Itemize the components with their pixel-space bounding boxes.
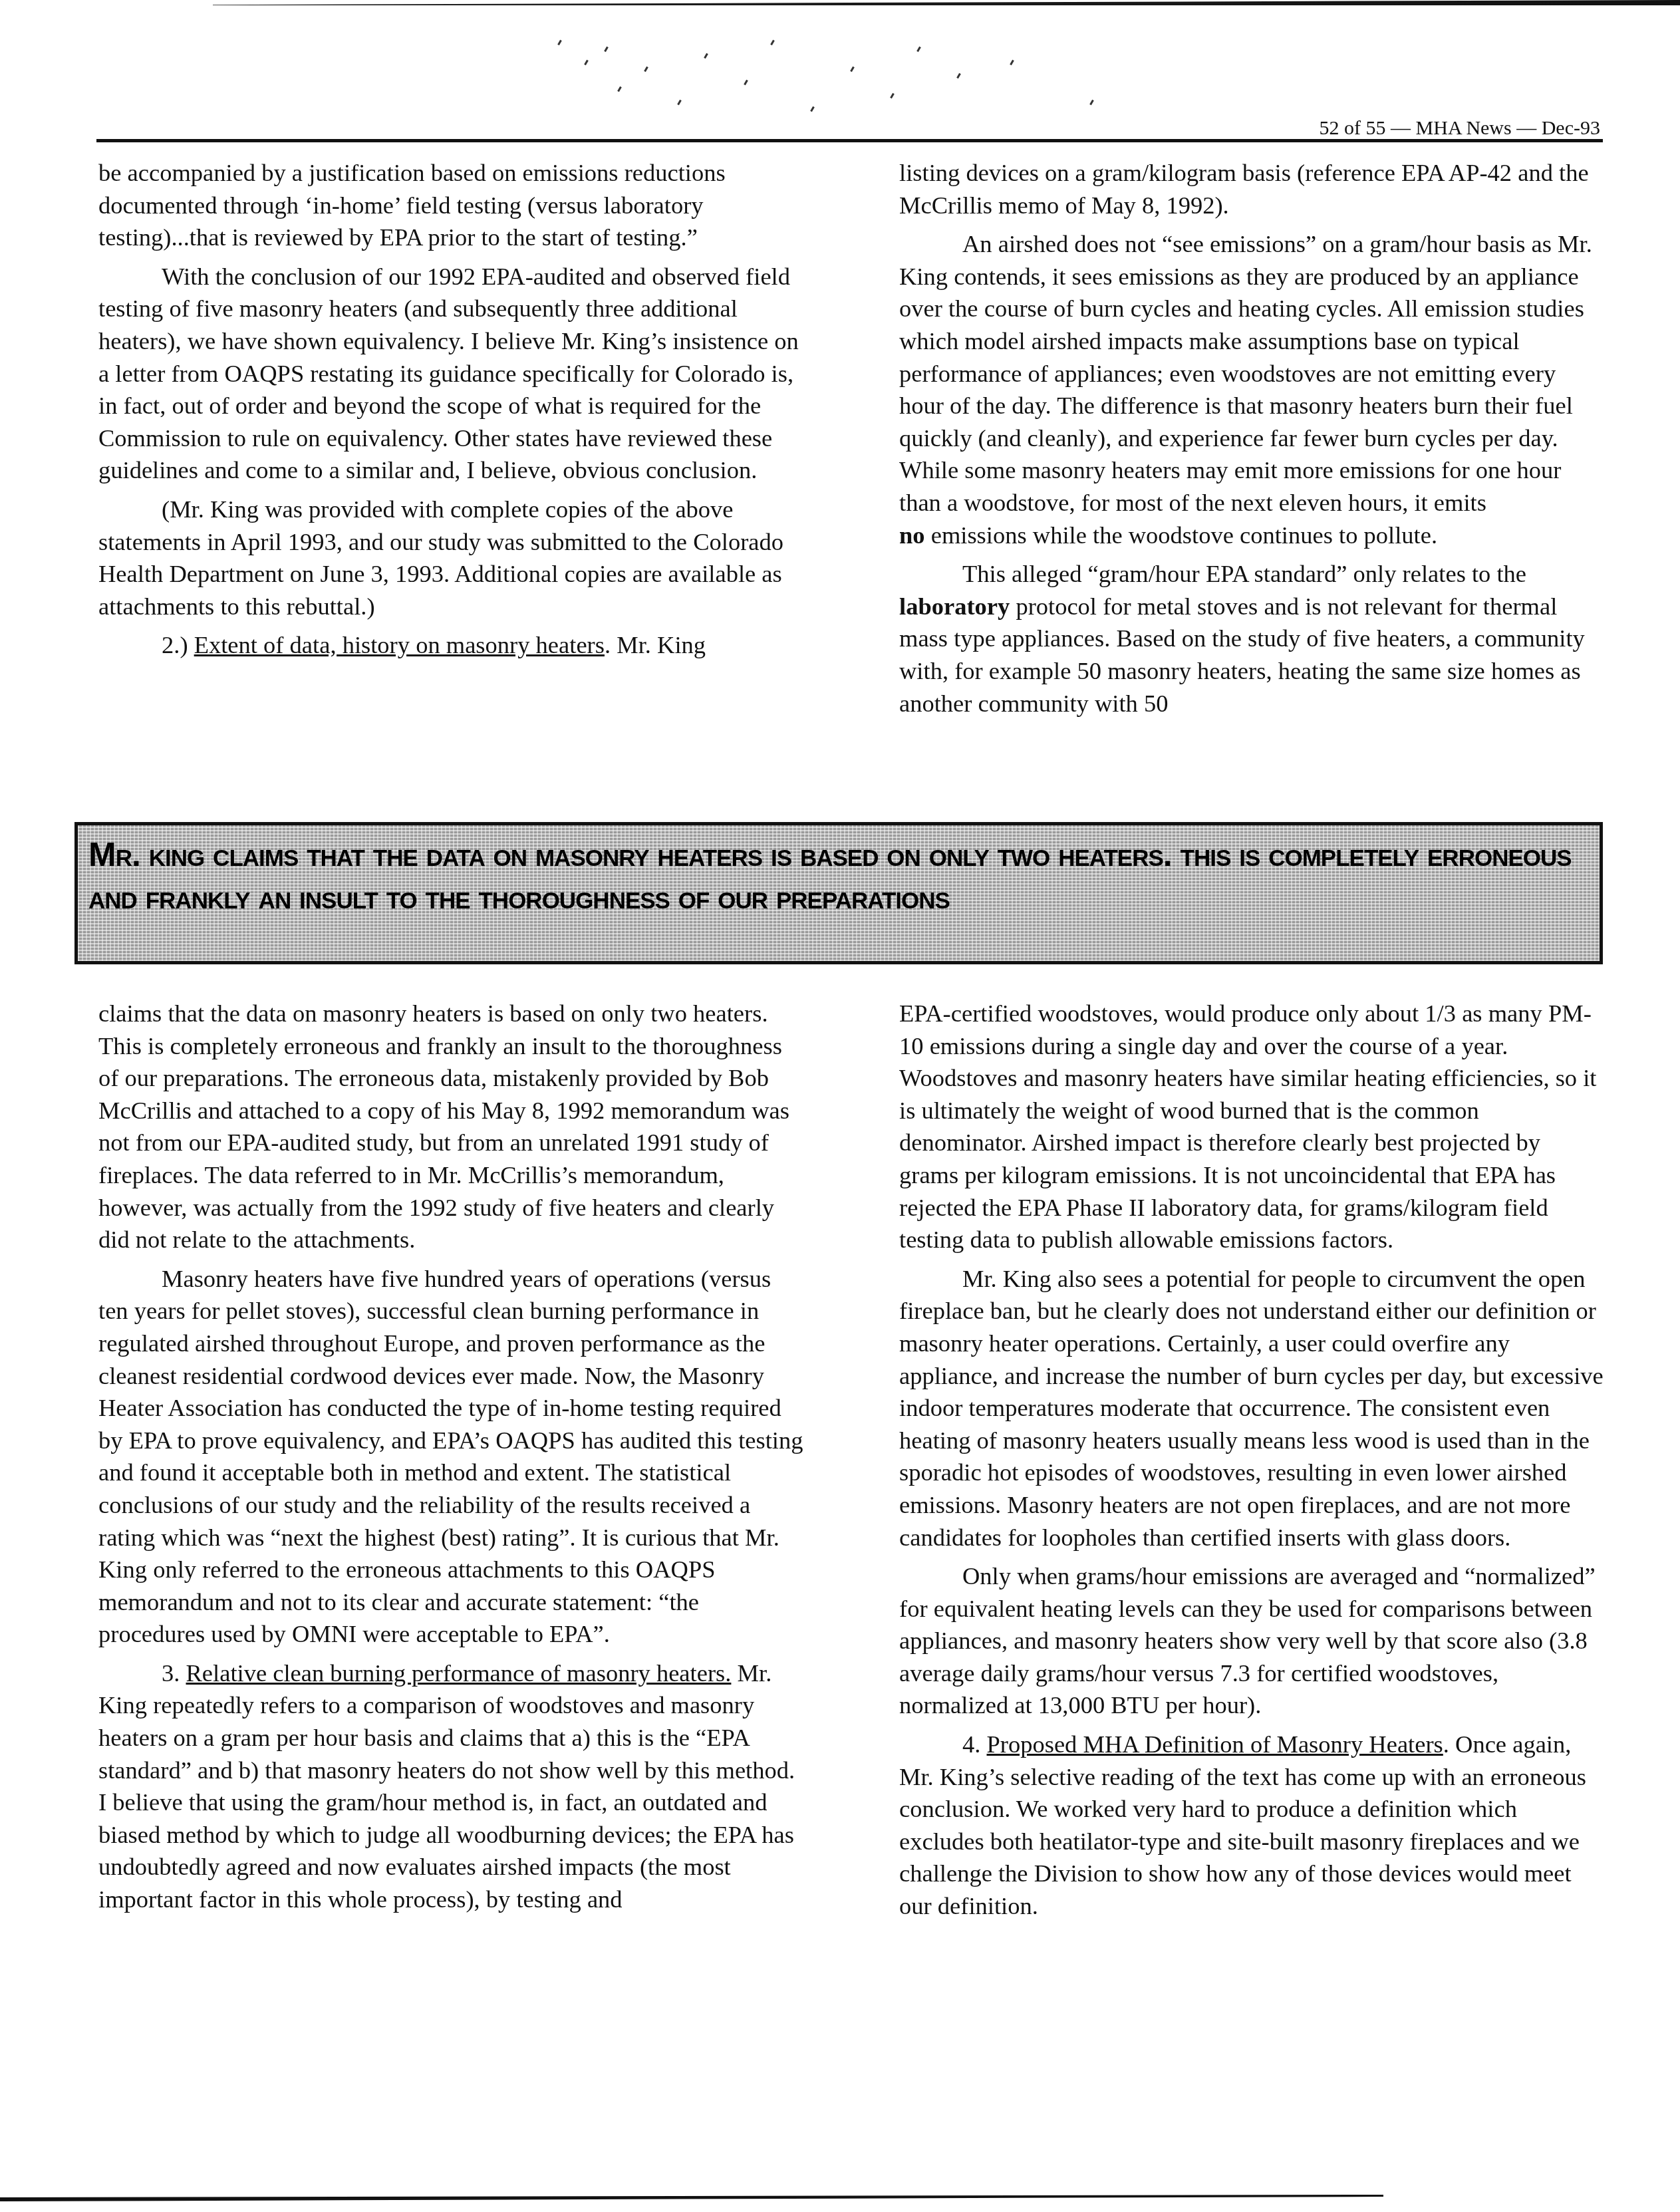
paragraph: Masonry heaters have five hundred years … [98, 1263, 803, 1651]
section-4-paragraph: 4. Proposed MHA Definition of Masonry He… [899, 1728, 1604, 1923]
paragraph: (Mr. King was provided with complete cop… [98, 493, 803, 622]
paragraph: claims that the data on masonry heaters … [98, 998, 803, 1256]
scan-edge-top [213, 0, 1680, 5]
text: emissions while the woodstove continues … [925, 521, 1437, 549]
column-top-right: listing devices on a gram/kilogram basis… [899, 157, 1604, 726]
section-body: Mr. King repeatedly refers to a comparis… [98, 1659, 795, 1913]
paragraph: listing devices on a gram/kilogram basis… [899, 157, 1604, 221]
paragraph: EPA-certified woodstoves, would produce … [899, 998, 1604, 1256]
emphasis: no [899, 521, 925, 549]
section-body: . Once again, Mr. King’s selective readi… [899, 1730, 1586, 1919]
section-number: 3. [162, 1659, 186, 1687]
header-rule [96, 139, 1603, 142]
paragraph: Only when grams/hour emissions are avera… [899, 1560, 1604, 1722]
column-top-left: be accompanied by a justification based … [98, 157, 803, 668]
section-lead: . Mr. King [605, 631, 706, 658]
column-bottom-left: claims that the data on masonry heaters … [98, 998, 803, 1923]
paragraph: This alleged “gram/hour EPA standard” on… [899, 558, 1604, 720]
paragraph: An airshed does not “see emissions” on a… [899, 228, 1604, 519]
section-number: 2.) [162, 631, 188, 658]
section-3-paragraph: 3. Relative clean burning performance of… [98, 1657, 803, 1916]
paragraph: be accompanied by a justification based … [98, 157, 803, 254]
text: This alleged “gram/hour EPA standard” on… [962, 560, 1526, 587]
paragraph: Mr. King also sees a potential for peopl… [899, 1263, 1604, 1554]
section-heading: Extent of data, history on masonry heate… [194, 631, 605, 658]
scan-edge-bottom [0, 2195, 1383, 2201]
pull-quote-text: Mr. King claims that the data on masonry… [88, 833, 1589, 918]
section-2-paragraph: 2.) Extent of data, history on masonry h… [98, 629, 803, 662]
section-heading: Proposed MHA Definition of Masonry Heate… [987, 1730, 1443, 1758]
column-bottom-right: EPA-certified woodstoves, would produce … [899, 998, 1604, 1929]
scan-noise-artifacts [545, 27, 1131, 133]
section-number: 4. [962, 1730, 987, 1758]
section-heading: Relative clean burning performance of ma… [186, 1659, 732, 1687]
pull-quote-box: Mr. King claims that the data on masonry… [74, 822, 1603, 964]
running-head: 52 of 55 — MHA News — Dec-93 [1320, 117, 1600, 140]
emphasis: laboratory [899, 593, 1010, 620]
paragraph-continuation: no emissions while the woodstove continu… [899, 519, 1604, 552]
paragraph: With the conclusion of our 1992 EPA-audi… [98, 261, 803, 487]
